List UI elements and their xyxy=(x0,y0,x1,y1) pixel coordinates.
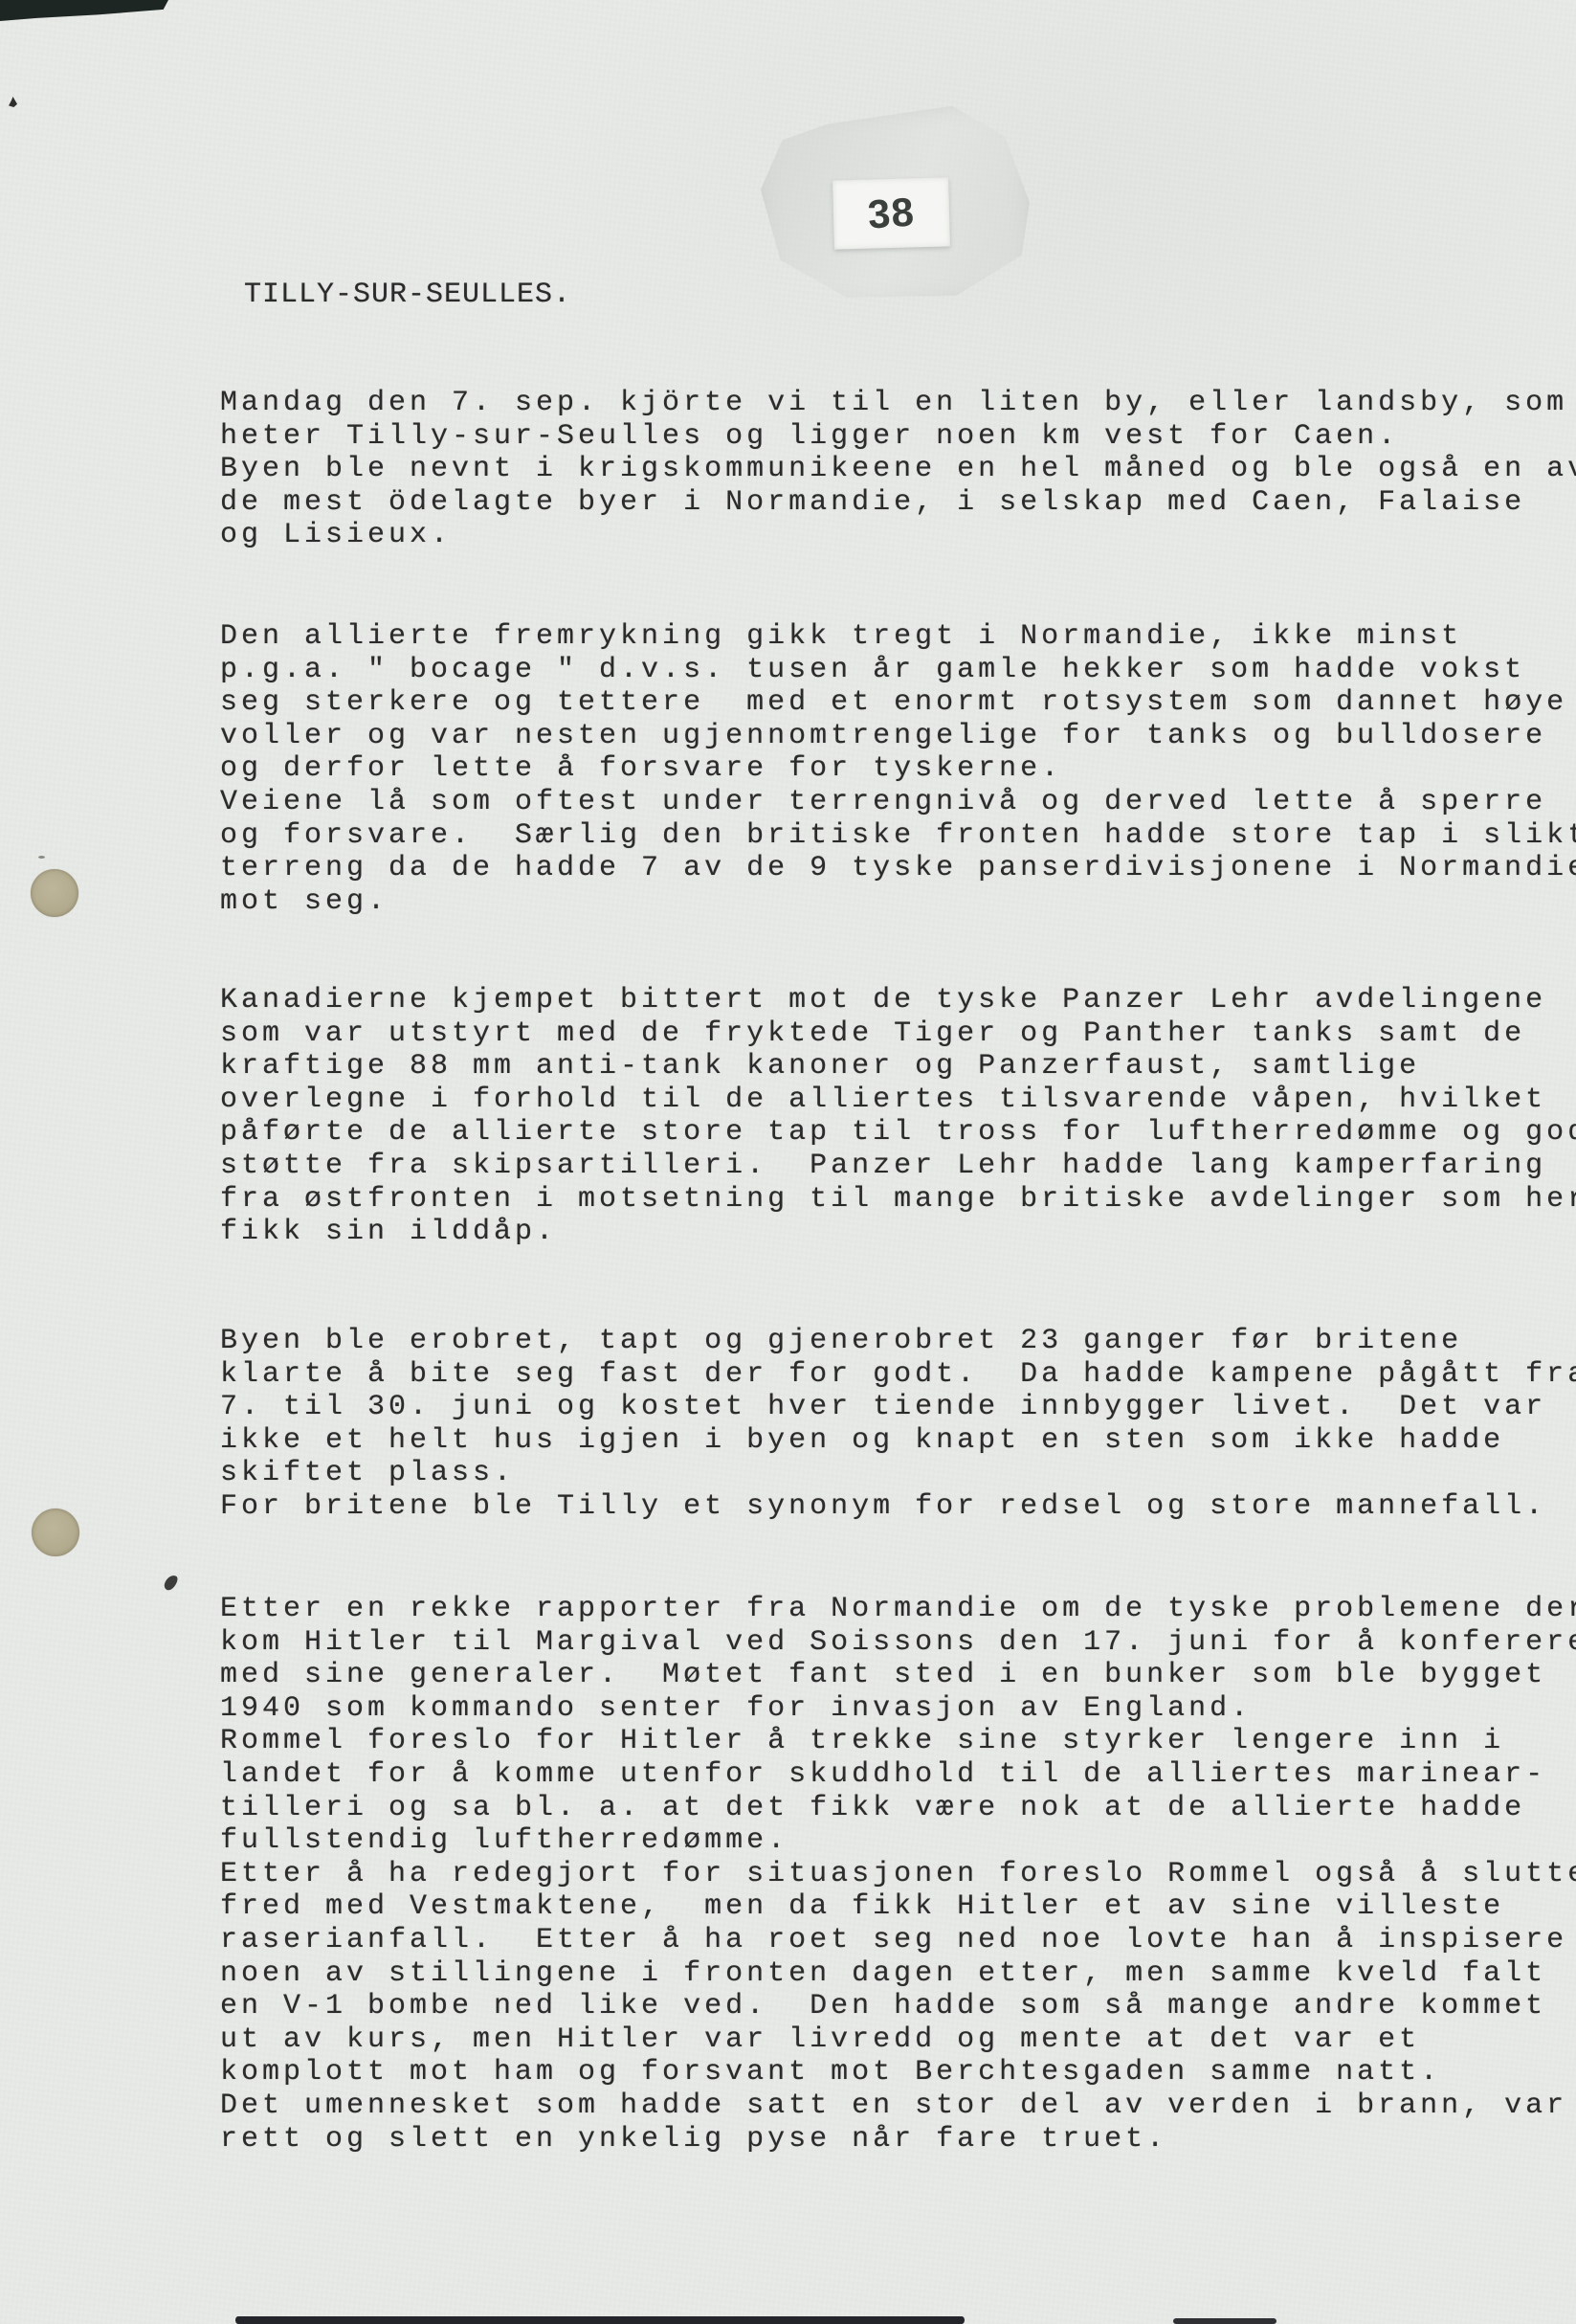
page-number-label: 38 xyxy=(832,177,950,249)
hole-punch-top xyxy=(31,869,78,917)
paragraph-hitler-margival: Etter en rekke rapporter fra Normandie o… xyxy=(220,1593,1576,2156)
ink-speck xyxy=(9,97,17,107)
page-title: TILLY-SUR-SEULLES. xyxy=(244,279,571,312)
paragraph-bocage: Den allierte fremrykning gikk tregt i No… xyxy=(220,620,1576,918)
scan-corner-artifact xyxy=(0,0,168,21)
paragraph-town-battles: Byen ble erobret, tapt og gjenerobret 23… xyxy=(220,1325,1576,1524)
scan-edge-artifact-right xyxy=(1173,2318,1276,2324)
pen-mark xyxy=(163,1573,179,1592)
hole-punch-bottom xyxy=(32,1508,79,1556)
paragraph-panzer-lehr: Kanadierne kjempet bittert mot de tyske … xyxy=(220,984,1576,1249)
page-number: 38 xyxy=(867,189,917,237)
scan-edge-artifact-left xyxy=(235,2316,965,2324)
paragraph-intro: Mandag den 7. sep. kjörte vi til en lite… xyxy=(220,387,1576,552)
scanned-document-page: 38 TILLY-SUR-SEULLES. Mandag den 7. sep.… xyxy=(0,0,1576,2324)
ink-speck xyxy=(38,856,45,859)
